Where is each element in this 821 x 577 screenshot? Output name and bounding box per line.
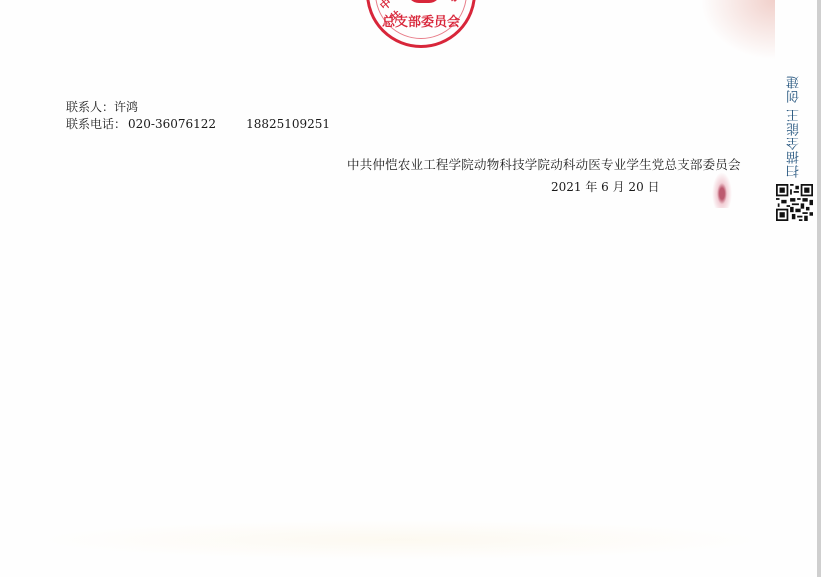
contact-person-name: 许鸿 — [114, 99, 138, 116]
handwritten-mark — [712, 172, 732, 208]
contact-phone-mobile: 18825109251 — [246, 116, 330, 133]
signature-date: 2021 年 6 月 20 日 — [551, 178, 660, 195]
contact-phone-label: 联系电话： — [66, 116, 126, 133]
contact-phone-landline: 020-36076122 — [128, 116, 216, 133]
contact-phone-row: 联系电话： 020-36076122 18825109251 — [66, 116, 330, 133]
signature-organization: 中共仲恺农业工程学院动物科技学院动科动医专业学生党总支部委员会 — [347, 155, 741, 173]
qr-code-icon — [776, 184, 813, 221]
scan-bleed-through — [30, 520, 770, 560]
contact-person-label: 联系人： — [66, 99, 114, 116]
contact-block: 联系人： 许鸿 联系电话： 020-36076122 18825109251 — [66, 99, 330, 133]
scan-right-border — [817, 0, 821, 577]
seal-text: 总支部委员会 — [369, 11, 473, 30]
official-seal: 中共 部 总支部委员会 — [366, 0, 476, 48]
scan-corner-tint — [700, 0, 775, 60]
contact-person-row: 联系人： 许鸿 — [66, 99, 330, 116]
scanner-watermark-text: 扫描全能王 创建 — [785, 66, 805, 178]
document-page: 中共 部 总支部委员会 联系人： 许鸿 联系电话： 020-36076122 1… — [0, 0, 817, 577]
